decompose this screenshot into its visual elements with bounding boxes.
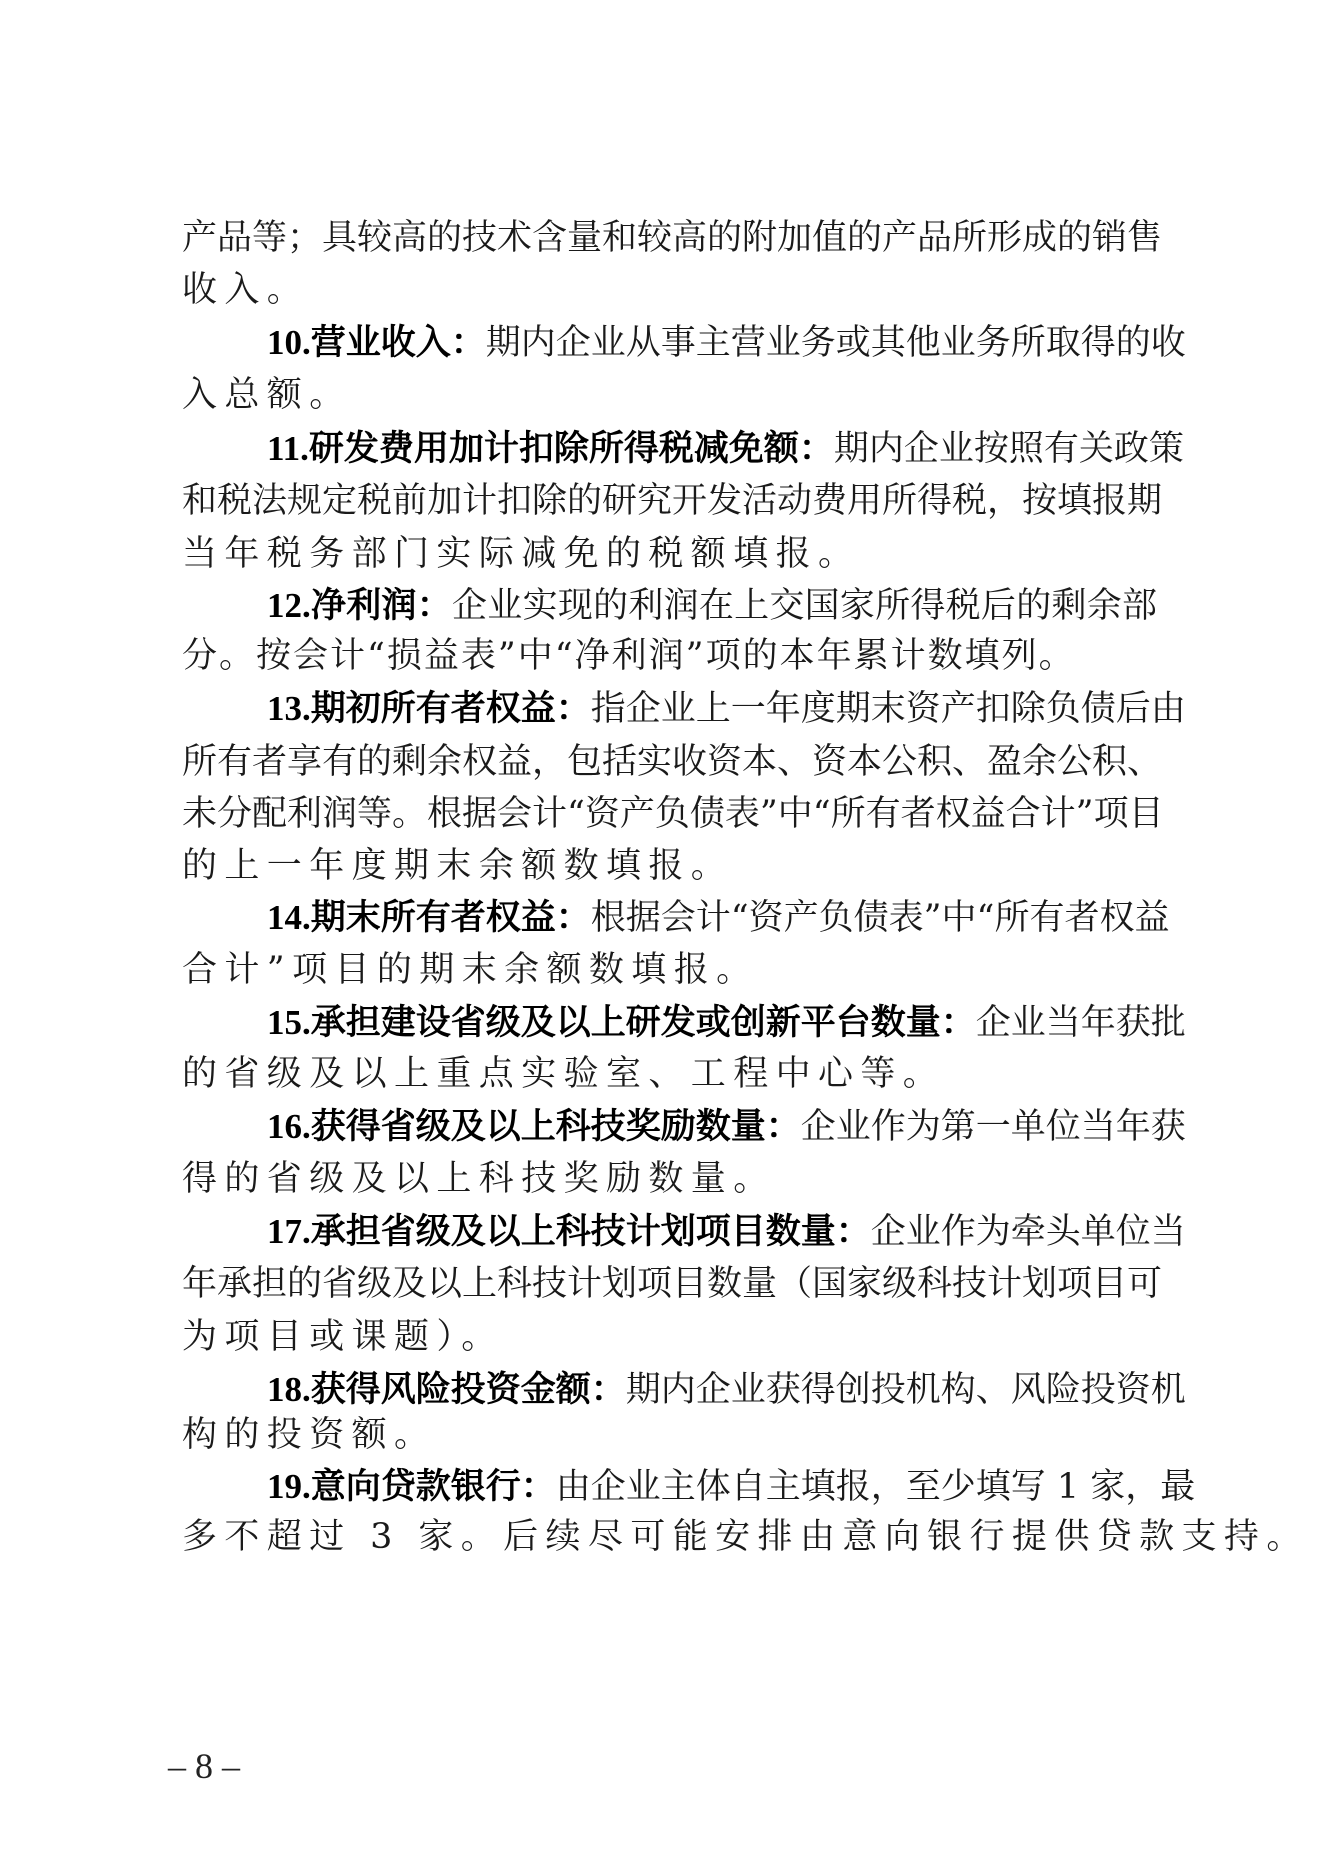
item-term: 期末所有者权益：	[311, 897, 591, 938]
body-text: 构的投资额。	[182, 1415, 436, 1455]
paragraph-line: 多不超过 3 家。后续尽可能安排由意向银行提供贷款支持。	[182, 1511, 1157, 1563]
body-text: 企业实现的利润在上交国家所得税后的剩余部	[452, 586, 1157, 626]
body-text: 指企业上一年度期末资产扣除负债后由	[591, 689, 1186, 729]
body-text: 产品等；具较高的技术含量和较高的附加值的产品所形成的销售	[182, 218, 1162, 258]
body-text: 分。按会计“损益表”中“净利润”项的本年累计数填列。	[182, 636, 1076, 676]
item-term: 获得省级及以上科技奖励数量：	[311, 1106, 801, 1147]
item-term: 净利润：	[311, 585, 452, 626]
item-term: 承担建设省级及以上研发或创新平台数量：	[311, 1002, 976, 1043]
body-text: 企业当年获批	[976, 1003, 1186, 1043]
definition-item-19: 19.意向贷款银行：由企业主体自主填报，至少填写 1 家，最	[267, 1461, 1157, 1513]
paragraph-line: 分。按会计“损益表”中“净利润”项的本年累计数填列。	[182, 630, 1157, 682]
item-term: 承担省级及以上科技计划项目数量：	[311, 1211, 871, 1252]
body-text: 年承担的省级及以上科技计划项目数量（国家级科技计划项目可	[182, 1264, 1162, 1304]
item-number: 17.承担省级及以上科技计划项目数量：	[267, 1211, 871, 1252]
item-number: 15.承担建设省级及以上研发或创新平台数量：	[267, 1002, 976, 1043]
document-page: 产品等；具较高的技术含量和较高的附加值的产品所形成的销售 收入。 10.营业收入…	[0, 0, 1322, 1871]
paragraph-line: 和税法规定税前加计扣除的研究开发活动费用所得税，按填报期	[182, 475, 1157, 527]
body-text: 为项目或课题）。	[182, 1317, 504, 1357]
paragraph-line: 的上一年度期末余额数填报。	[182, 840, 1157, 892]
item-term: 营业收入：	[311, 322, 486, 363]
body-text: 的省级及以上重点实验室、工程中心等。	[182, 1054, 945, 1094]
body-text: 入总额。	[182, 375, 352, 415]
item-number: 14.期末所有者权益：	[267, 897, 591, 938]
item-number: 18.获得风险投资金额：	[267, 1369, 626, 1410]
paragraph-line: 构的投资额。	[182, 1409, 1157, 1461]
definition-item-14: 14.期末所有者权益：根据会计“资产负债表”中“所有者权益	[267, 892, 1157, 944]
definition-item-11: 11.研发费用加计扣除所得税减免额：期内企业按照有关政策	[267, 423, 1157, 475]
body-text: 由企业主体自主填报，至少填写 1 家，最	[556, 1467, 1196, 1507]
body-text: 企业作为第一单位当年获	[801, 1107, 1186, 1147]
body-text: 合计”项目的期末余额数填报。	[182, 950, 759, 990]
body-text: 当年税务部门实际减免的税额填报。	[182, 534, 860, 574]
body-text: 未分配利润等。根据会计“资产负债表”中“所有者权益合计”项目	[182, 794, 1164, 834]
paragraph-line: 年承担的省级及以上科技计划项目数量（国家级科技计划项目可	[182, 1258, 1157, 1310]
body-text: 期内企业从事主营业务或其他业务所取得的收	[486, 323, 1186, 363]
definition-item-15: 15.承担建设省级及以上研发或创新平台数量：企业当年获批	[267, 997, 1157, 1049]
body-text: 期内企业获得创投机构、风险投资机	[626, 1370, 1186, 1410]
item-number: 12.净利润：	[267, 585, 452, 626]
paragraph-line: 入总额。	[182, 369, 1157, 421]
item-term: 意向贷款银行：	[311, 1466, 556, 1507]
paragraph-line: 收入。	[182, 264, 1157, 316]
paragraph-line: 未分配利润等。根据会计“资产负债表”中“所有者权益合计”项目	[182, 788, 1157, 840]
item-number: 13.期初所有者权益：	[267, 688, 591, 729]
item-term: 研发费用加计扣除所得税减免额：	[309, 428, 834, 469]
definition-item-17: 17.承担省级及以上科技计划项目数量：企业作为牵头单位当	[267, 1206, 1157, 1258]
paragraph-line: 产品等；具较高的技术含量和较高的附加值的产品所形成的销售	[182, 212, 1157, 264]
paragraph-line: 合计”项目的期末余额数填报。	[182, 944, 1157, 996]
body-text: 根据会计“资产负债表”中“所有者权益	[591, 898, 1170, 938]
body-text: 得的省级及以上科技奖励数量。	[182, 1159, 776, 1199]
definition-item-13: 13.期初所有者权益：指企业上一年度期末资产扣除负债后由	[267, 683, 1157, 735]
definition-item-16: 16.获得省级及以上科技奖励数量：企业作为第一单位当年获	[267, 1101, 1157, 1153]
item-term: 获得风险投资金额：	[311, 1369, 626, 1410]
definition-item-12: 12.净利润：企业实现的利润在上交国家所得税后的剩余部	[267, 580, 1157, 632]
paragraph-line: 所有者享有的剩余权益，包括实收资本、资本公积、盈余公积、	[182, 736, 1157, 788]
definition-item-10: 10.营业收入：期内企业从事主营业务或其他业务所取得的收	[267, 317, 1157, 369]
paragraph-line: 为项目或课题）。	[182, 1311, 1157, 1363]
paragraph-line: 当年税务部门实际减免的税额填报。	[182, 528, 1157, 580]
item-number: 11.研发费用加计扣除所得税减免额：	[267, 428, 834, 469]
item-number: 10.营业收入：	[267, 322, 486, 363]
body-text: 多不超过 3 家。后续尽可能安排由意向银行提供贷款支持。	[182, 1517, 1309, 1557]
item-number: 19.意向贷款银行：	[267, 1466, 556, 1507]
paragraph-line: 的省级及以上重点实验室、工程中心等。	[182, 1048, 1157, 1100]
item-number: 16.获得省级及以上科技奖励数量：	[267, 1106, 801, 1147]
body-text: 所有者享有的剩余权益，包括实收资本、资本公积、盈余公积、	[182, 742, 1162, 782]
body-text: 的上一年度期末余额数填报。	[182, 846, 733, 886]
body-text: 和税法规定税前加计扣除的研究开发活动费用所得税，按填报期	[182, 481, 1162, 521]
body-text: 期内企业按照有关政策	[834, 429, 1184, 469]
paragraph-line: 得的省级及以上科技奖励数量。	[182, 1153, 1157, 1205]
body-text: 企业作为牵头单位当	[871, 1212, 1186, 1252]
page-number: – 8 –	[168, 1745, 240, 1787]
item-term: 期初所有者权益：	[311, 688, 591, 729]
body-text: 收入。	[182, 270, 309, 310]
